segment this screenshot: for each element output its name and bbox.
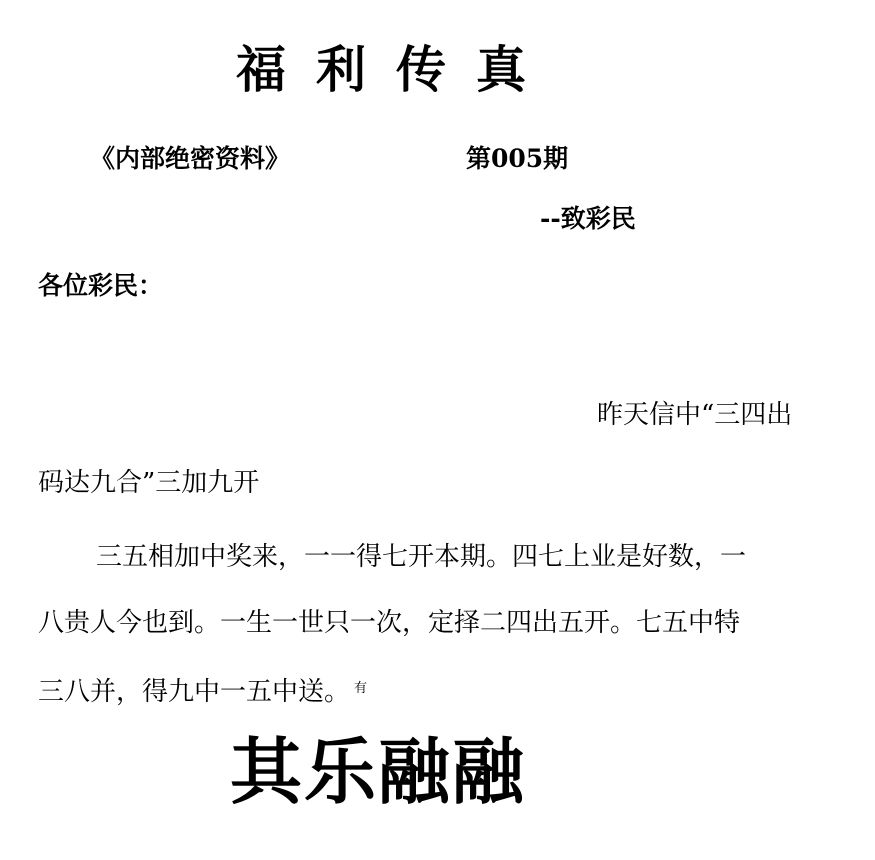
stray-character: 有	[354, 681, 367, 696]
greeting: 各位彩民：	[38, 270, 163, 302]
issue-number: 第005期	[466, 143, 568, 175]
body-line-3: 三五相加中奖来，一一得七开本期。四七上业是好数，一	[96, 540, 746, 574]
document-title: 福利传真	[236, 40, 556, 100]
body-line-2: 码达九合”三加九开	[38, 466, 259, 500]
closing-phrase: 其乐融融	[230, 730, 526, 814]
body-line-1: 昨天信中“三四出	[597, 398, 792, 432]
body-line-4: 八贵人今也到。一生一世只一次，定择二四出五开。七五中特	[38, 606, 740, 640]
body-line-5-text: 三八并，得九中一五中送。	[38, 677, 350, 707]
addressee-line: --致彩民	[540, 203, 636, 235]
publication-label: 《内部绝密资料》	[90, 143, 290, 175]
body-line-5: 三八并，得九中一五中送。有	[38, 672, 367, 709]
